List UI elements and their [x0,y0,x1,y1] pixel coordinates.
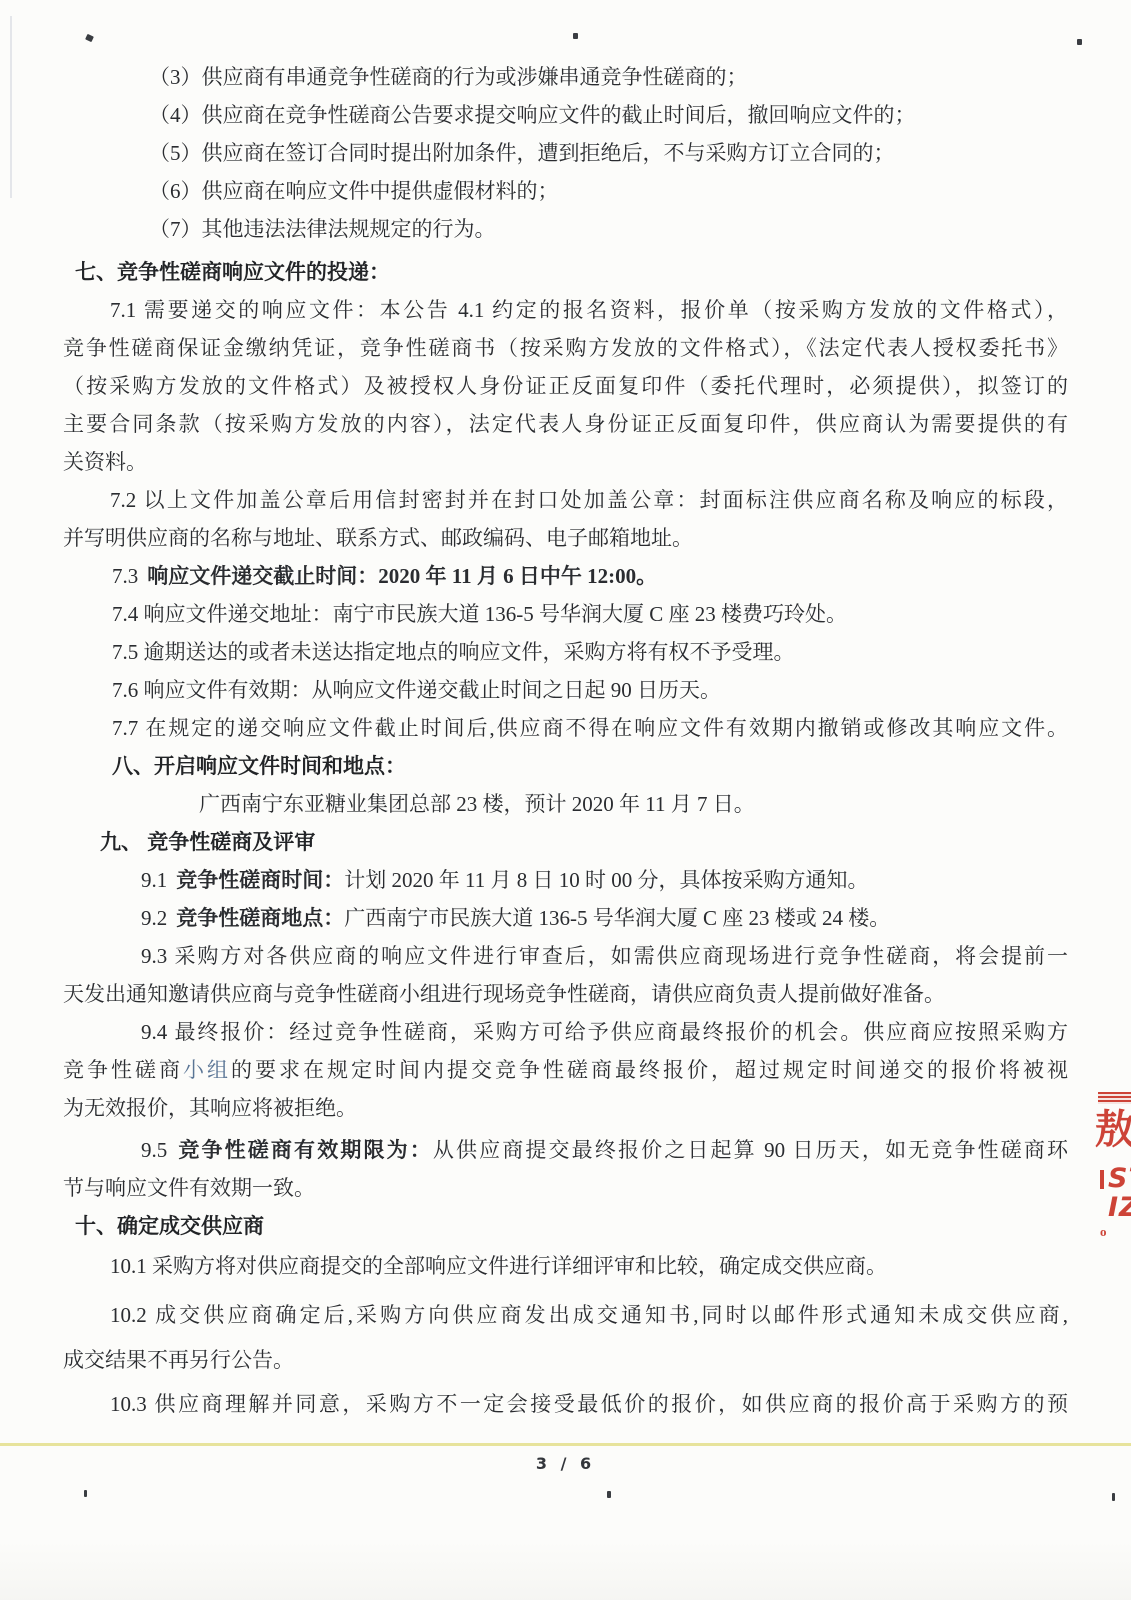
para-10-2-line-1: 10.2 成交供应商确定后,采购方向供应商发出成交通知书,同时以邮件形式通知未成… [63,1293,1068,1338]
para-7-1-line-1: 7.1 需要递交的响应文件：本公告 4.1 约定的报名资料，报价单（按采购方发放… [63,291,1068,329]
clause-number: 9.5 [141,1138,167,1162]
para-7-6: 7.6 响应文件有效期：从响应文件递交截止时间之日起 90 日历天。 [63,671,1068,709]
para-8-venue: 广西南宁东亚糖业集团总部 23 楼，预计 2020 年 11 月 7 日。 [63,785,1068,823]
para-7-1-line-4: 主要合同条款（按采购方发放的内容），法定代表人身份证正反面复印件，供应商认为需要… [63,405,1068,443]
ink-speck [573,33,578,39]
negotiation-place-label: 竞争性磋商地点： [176,906,344,930]
list-item-5: （5）供应商在签订合同时提出附加条件，遭到拒绝后，不与采购方订立合同的； [63,134,1068,172]
ink-speck [1077,39,1082,45]
para-7-3: 7.3响应文件递交截止时间：2020 年 11 月 6 日中午 12:00。 [63,557,1068,595]
ink-speck [1112,1493,1115,1501]
clause-number: 7.3 [112,564,138,588]
negotiation-place-value: 广西南宁市民族大道 136-5 号华润大厦 C 座 23 楼或 24 楼。 [344,906,890,930]
para-9-3-line-2: 天发出通知邀请供应商与竞争性磋商小组进行现场竞争性磋商，请供应商负责人提前做好准… [63,975,1068,1013]
para-9-5-line-1: 9.5竞争性磋商有效期限为：从供应商提交最终报价之日起算 90 日历天，如无竞争… [63,1131,1068,1169]
stamp-seal-fragment: 敖阳 [1095,1098,1131,1155]
para-9-1: 9.1竞争性磋商时间：计划 2020 年 11 月 8 日 10 时 00 分，… [63,861,1068,899]
para-9-4-line-3: 为无效报价，其响应将被拒绝。 [63,1089,1068,1127]
para-7-2-line-1: 7.2 以上文件加盖公章后用信封密封并在封口处加盖公章：封面标注供应商名称及响应… [63,481,1068,519]
footer-divider-line [0,1443,1131,1446]
para-9-2: 9.2竞争性磋商地点：广西南宁市民族大道 136-5 号华润大厦 C 座 23 … [63,899,1068,937]
validity-value: 从供应商提交最终报价之日起算 90 日历天，如无竞争性磋商环 [433,1138,1068,1162]
clause-number: 9.2 [141,906,167,930]
stamp-st-text: ST [1108,1163,1131,1194]
para-7-2-line-2: 并写明供应商的名称与地址、联系方式、邮政编码、电子邮箱地址。 [63,519,1068,557]
scan-haze [0,1540,1131,1600]
stamp-text-st: ST [1100,1163,1131,1194]
stamp-text-iz: IZ [1108,1192,1131,1223]
para-7-7: 7.7 在规定的递交响应文件截止时间后,供应商不得在响应文件有效期内撤销或修改其… [63,709,1068,747]
deadline-text: 响应文件递交截止时间：2020 年 11 月 6 日中午 12:00。 [147,564,657,588]
para-10-1: 10.1 采购方将对供应商提交的全部响应文件进行详细评审和比较，确定成交供应商。 [63,1247,1068,1285]
section-8-heading: 八、开启响应文件时间和地点： [63,747,1068,785]
para-9-4-line-2-post: 的要求在规定时间内提交竞争性磋商最终报价，超过规定时间递交的报价将被视 [231,1058,1068,1082]
list-item-3: （3）供应商有串通竞争性磋商的行为或涉嫌串通竞争性磋商的； [63,58,1068,96]
para-9-4-line-1: 9.4 最终报价：经过竞争性磋商，采购方可给予供应商最终报价的机会。供应商应按照… [63,1013,1068,1051]
ink-speck [85,34,94,42]
para-7-5: 7.5 逾期送达的或者未送达指定地点的响应文件，采购方将有权不予受理。 [63,633,1068,671]
ink-speck [607,1491,611,1498]
para-9-4-line-2-pre: 竞争性磋商 [63,1058,183,1082]
section-10-heading: 十、确定成交供应商 [63,1207,1068,1245]
negotiation-time-label: 竞争性磋商时间： [176,868,344,892]
section-7-heading: 七、竞争性磋商响应文件的投递： [63,253,1068,291]
para-9-4-highlight: 小组 [183,1058,231,1082]
para-9-5-line-2: 节与响应文件有效期一致。 [63,1169,1068,1207]
para-7-4: 7.4 响应文件递交地址：南宁市民族大道 136-5 号华润大厦 C 座 23 … [63,595,1068,633]
stamp-dot: o [1100,1224,1107,1240]
section-9-heading: 九、 竞争性磋商及评审 [63,823,1068,861]
para-7-1-line-5: 关资料。 [63,443,1068,481]
stamp-clipped-letter [1100,1170,1104,1189]
para-9-3-line-1: 9.3 采购方对各供应商的响应文件进行审查后，如需供应商现场进行竞争性磋商，将会… [63,937,1068,975]
para-9-4-line-2: 竞争性磋商小组的要求在规定时间内提交竞争性磋商最终报价，超过规定时间递交的报价将… [63,1051,1068,1089]
para-7-1-line-2: 竞争性磋商保证金缴纳凭证，竞争性磋商书（按采购方发放的文件格式），《法定代表人授… [63,329,1068,367]
negotiation-time-value: 计划 2020 年 11 月 8 日 10 时 00 分，具体按采购方通知。 [344,868,868,892]
para-10-3: 10.3 供应商理解并同意，采购方不一定会接受最低价的报价，如供应商的报价高于采… [63,1385,1068,1423]
list-item-7: （7）其他违法法律法规规定的行为。 [63,210,1068,248]
footer-page-number: 3 / 6 [0,1454,1131,1473]
clause-number: 9.1 [141,868,167,892]
document-page: （3）供应商有串通竞争性磋商的行为或涉嫌串通竞争性磋商的； （4）供应商在竞争性… [0,0,1131,1600]
validity-label: 竞争性磋商有效期限为： [176,1138,433,1162]
ink-speck [84,1490,87,1497]
list-item-4: （4）供应商在竞争性磋商公告要求提交响应文件的截止时间后，撤回响应文件的； [63,96,1068,134]
list-item-6: （6）供应商在响应文件中提供虚假材料的； [63,172,1068,210]
scan-edge-line [10,16,12,198]
document-body: （3）供应商有串通竞争性磋商的行为或涉嫌串通竞争性磋商的； （4）供应商在竞争性… [63,58,1068,1423]
para-7-1-line-3: （按采购方发放的文件格式）及被授权人身份证正反面复印件（委托代理时，必须提供），… [63,367,1068,405]
para-10-2-line-2: 成交结果不再另行公告。 [63,1338,1068,1383]
